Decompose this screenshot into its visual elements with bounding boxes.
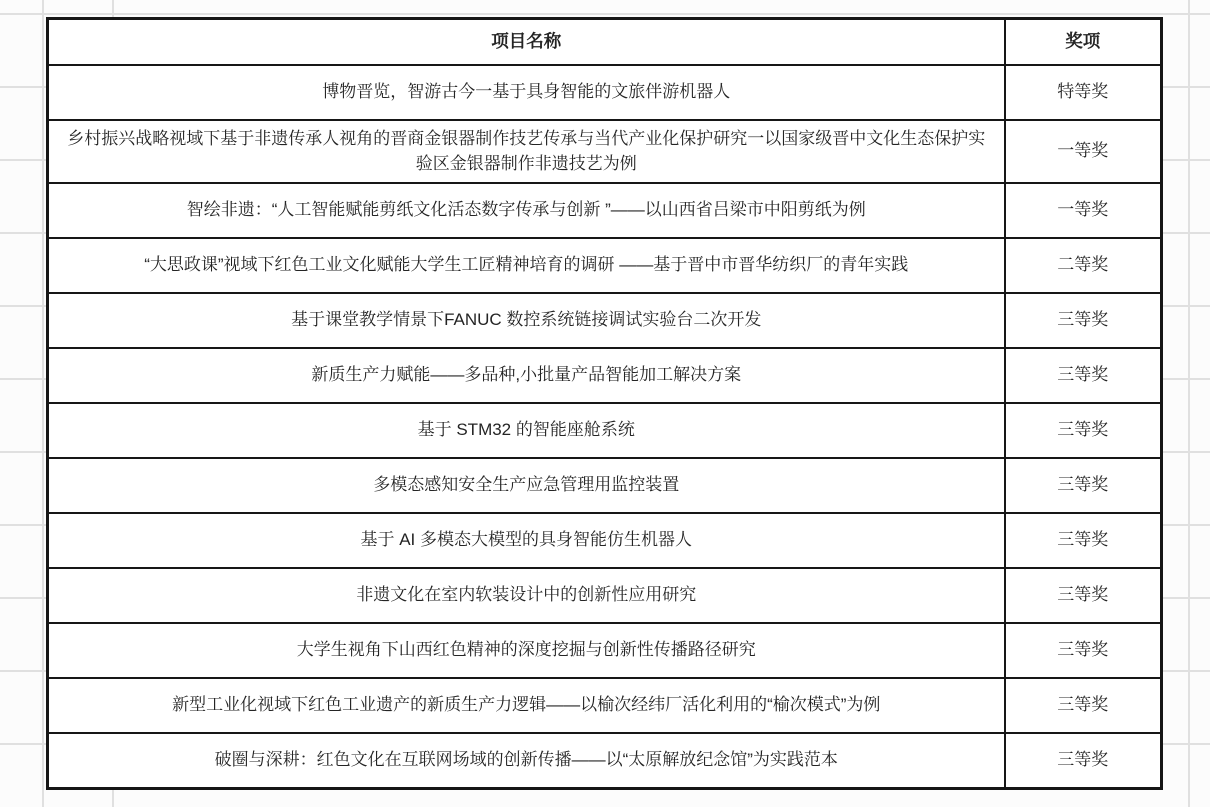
award-cell: 特等奖	[1005, 65, 1162, 120]
column-header-award: 奖项	[1005, 19, 1162, 66]
award-cell: 三等奖	[1005, 678, 1162, 733]
project-name-cell: 大学生视角下山西红色精神的深度挖掘与创新性传播路径研究	[48, 623, 1005, 678]
awards-table: 项目名称 奖项 博物晋览，智游古今一基于具身智能的文旅伴游机器人 特等奖 乡村振…	[46, 17, 1163, 790]
award-cell: 三等奖	[1005, 403, 1162, 458]
table-body: 博物晋览，智游古今一基于具身智能的文旅伴游机器人 特等奖 乡村振兴战略视域下基于…	[48, 65, 1162, 789]
background-gridline-vertical-left	[42, 0, 44, 807]
header-row: 项目名称 奖项	[48, 19, 1162, 66]
project-name-cell: 博物晋览，智游古今一基于具身智能的文旅伴游机器人	[48, 65, 1005, 120]
award-cell: 三等奖	[1005, 733, 1162, 789]
table-row: 智绘非遗：“人工智能赋能剪纸文化活态数字传承与创新 ”——以山西省吕梁市中阳剪纸…	[48, 183, 1162, 238]
table-row: 新质生产力赋能——多品种,小批量产品智能加工解决方案 三等奖	[48, 348, 1162, 403]
project-name-cell: 基于 STM32 的智能座舱系统	[48, 403, 1005, 458]
project-name-cell: 基于 AI 多模态大模型的具身智能仿生机器人	[48, 513, 1005, 568]
project-name-cell: 乡村振兴战略视域下基于非遗传承人视角的晋商金银器制作技艺传承与当代产业化保护研究…	[48, 120, 1005, 183]
background-gridline-vertical-right	[1188, 0, 1190, 807]
table-row: 多模态感知安全生产应急管理用监控装置 三等奖	[48, 458, 1162, 513]
award-cell: 一等奖	[1005, 183, 1162, 238]
table-row: “大思政课”视域下红色工业文化赋能大学生工匠精神培育的调研 ——基于晋中市晋华纺…	[48, 238, 1162, 293]
table-row: 破圈与深耕：红色文化在互联网场域的创新传播——以“太原解放纪念馆”为实践范本 三…	[48, 733, 1162, 789]
award-cell: 三等奖	[1005, 293, 1162, 348]
table-row: 乡村振兴战略视域下基于非遗传承人视角的晋商金银器制作技艺传承与当代产业化保护研究…	[48, 120, 1162, 183]
project-name-cell: 基于课堂教学情景下FANUC 数控系统链接调试实验台二次开发	[48, 293, 1005, 348]
project-name-cell: 智绘非遗：“人工智能赋能剪纸文化活态数字传承与创新 ”——以山西省吕梁市中阳剪纸…	[48, 183, 1005, 238]
table-row: 基于课堂教学情景下FANUC 数控系统链接调试实验台二次开发 三等奖	[48, 293, 1162, 348]
award-cell: 三等奖	[1005, 568, 1162, 623]
table-row: 非遗文化在室内软装设计中的创新性应用研究 三等奖	[48, 568, 1162, 623]
project-name-cell: 多模态感知安全生产应急管理用监控装置	[48, 458, 1005, 513]
award-cell: 三等奖	[1005, 513, 1162, 568]
award-cell: 三等奖	[1005, 623, 1162, 678]
table-row: 新型工业化视域下红色工业遗产的新质生产力逻辑——以榆次经纬厂活化利用的“榆次模式…	[48, 678, 1162, 733]
project-name-cell: “大思政课”视域下红色工业文化赋能大学生工匠精神培育的调研 ——基于晋中市晋华纺…	[48, 238, 1005, 293]
column-header-project-name: 项目名称	[48, 19, 1005, 66]
table-row: 大学生视角下山西红色精神的深度挖掘与创新性传播路径研究 三等奖	[48, 623, 1162, 678]
table-row: 基于 STM32 的智能座舱系统 三等奖	[48, 403, 1162, 458]
project-name-cell: 新质生产力赋能——多品种,小批量产品智能加工解决方案	[48, 348, 1005, 403]
award-cell: 三等奖	[1005, 458, 1162, 513]
project-name-cell: 破圈与深耕：红色文化在互联网场域的创新传播——以“太原解放纪念馆”为实践范本	[48, 733, 1005, 789]
award-cell: 二等奖	[1005, 238, 1162, 293]
table-header: 项目名称 奖项	[48, 19, 1162, 66]
project-name-cell: 新型工业化视域下红色工业遗产的新质生产力逻辑——以榆次经纬厂活化利用的“榆次模式…	[48, 678, 1005, 733]
project-name-cell: 非遗文化在室内软装设计中的创新性应用研究	[48, 568, 1005, 623]
award-cell: 三等奖	[1005, 348, 1162, 403]
table-row: 博物晋览，智游古今一基于具身智能的文旅伴游机器人 特等奖	[48, 65, 1162, 120]
award-cell: 一等奖	[1005, 120, 1162, 183]
table-row: 基于 AI 多模态大模型的具身智能仿生机器人 三等奖	[48, 513, 1162, 568]
